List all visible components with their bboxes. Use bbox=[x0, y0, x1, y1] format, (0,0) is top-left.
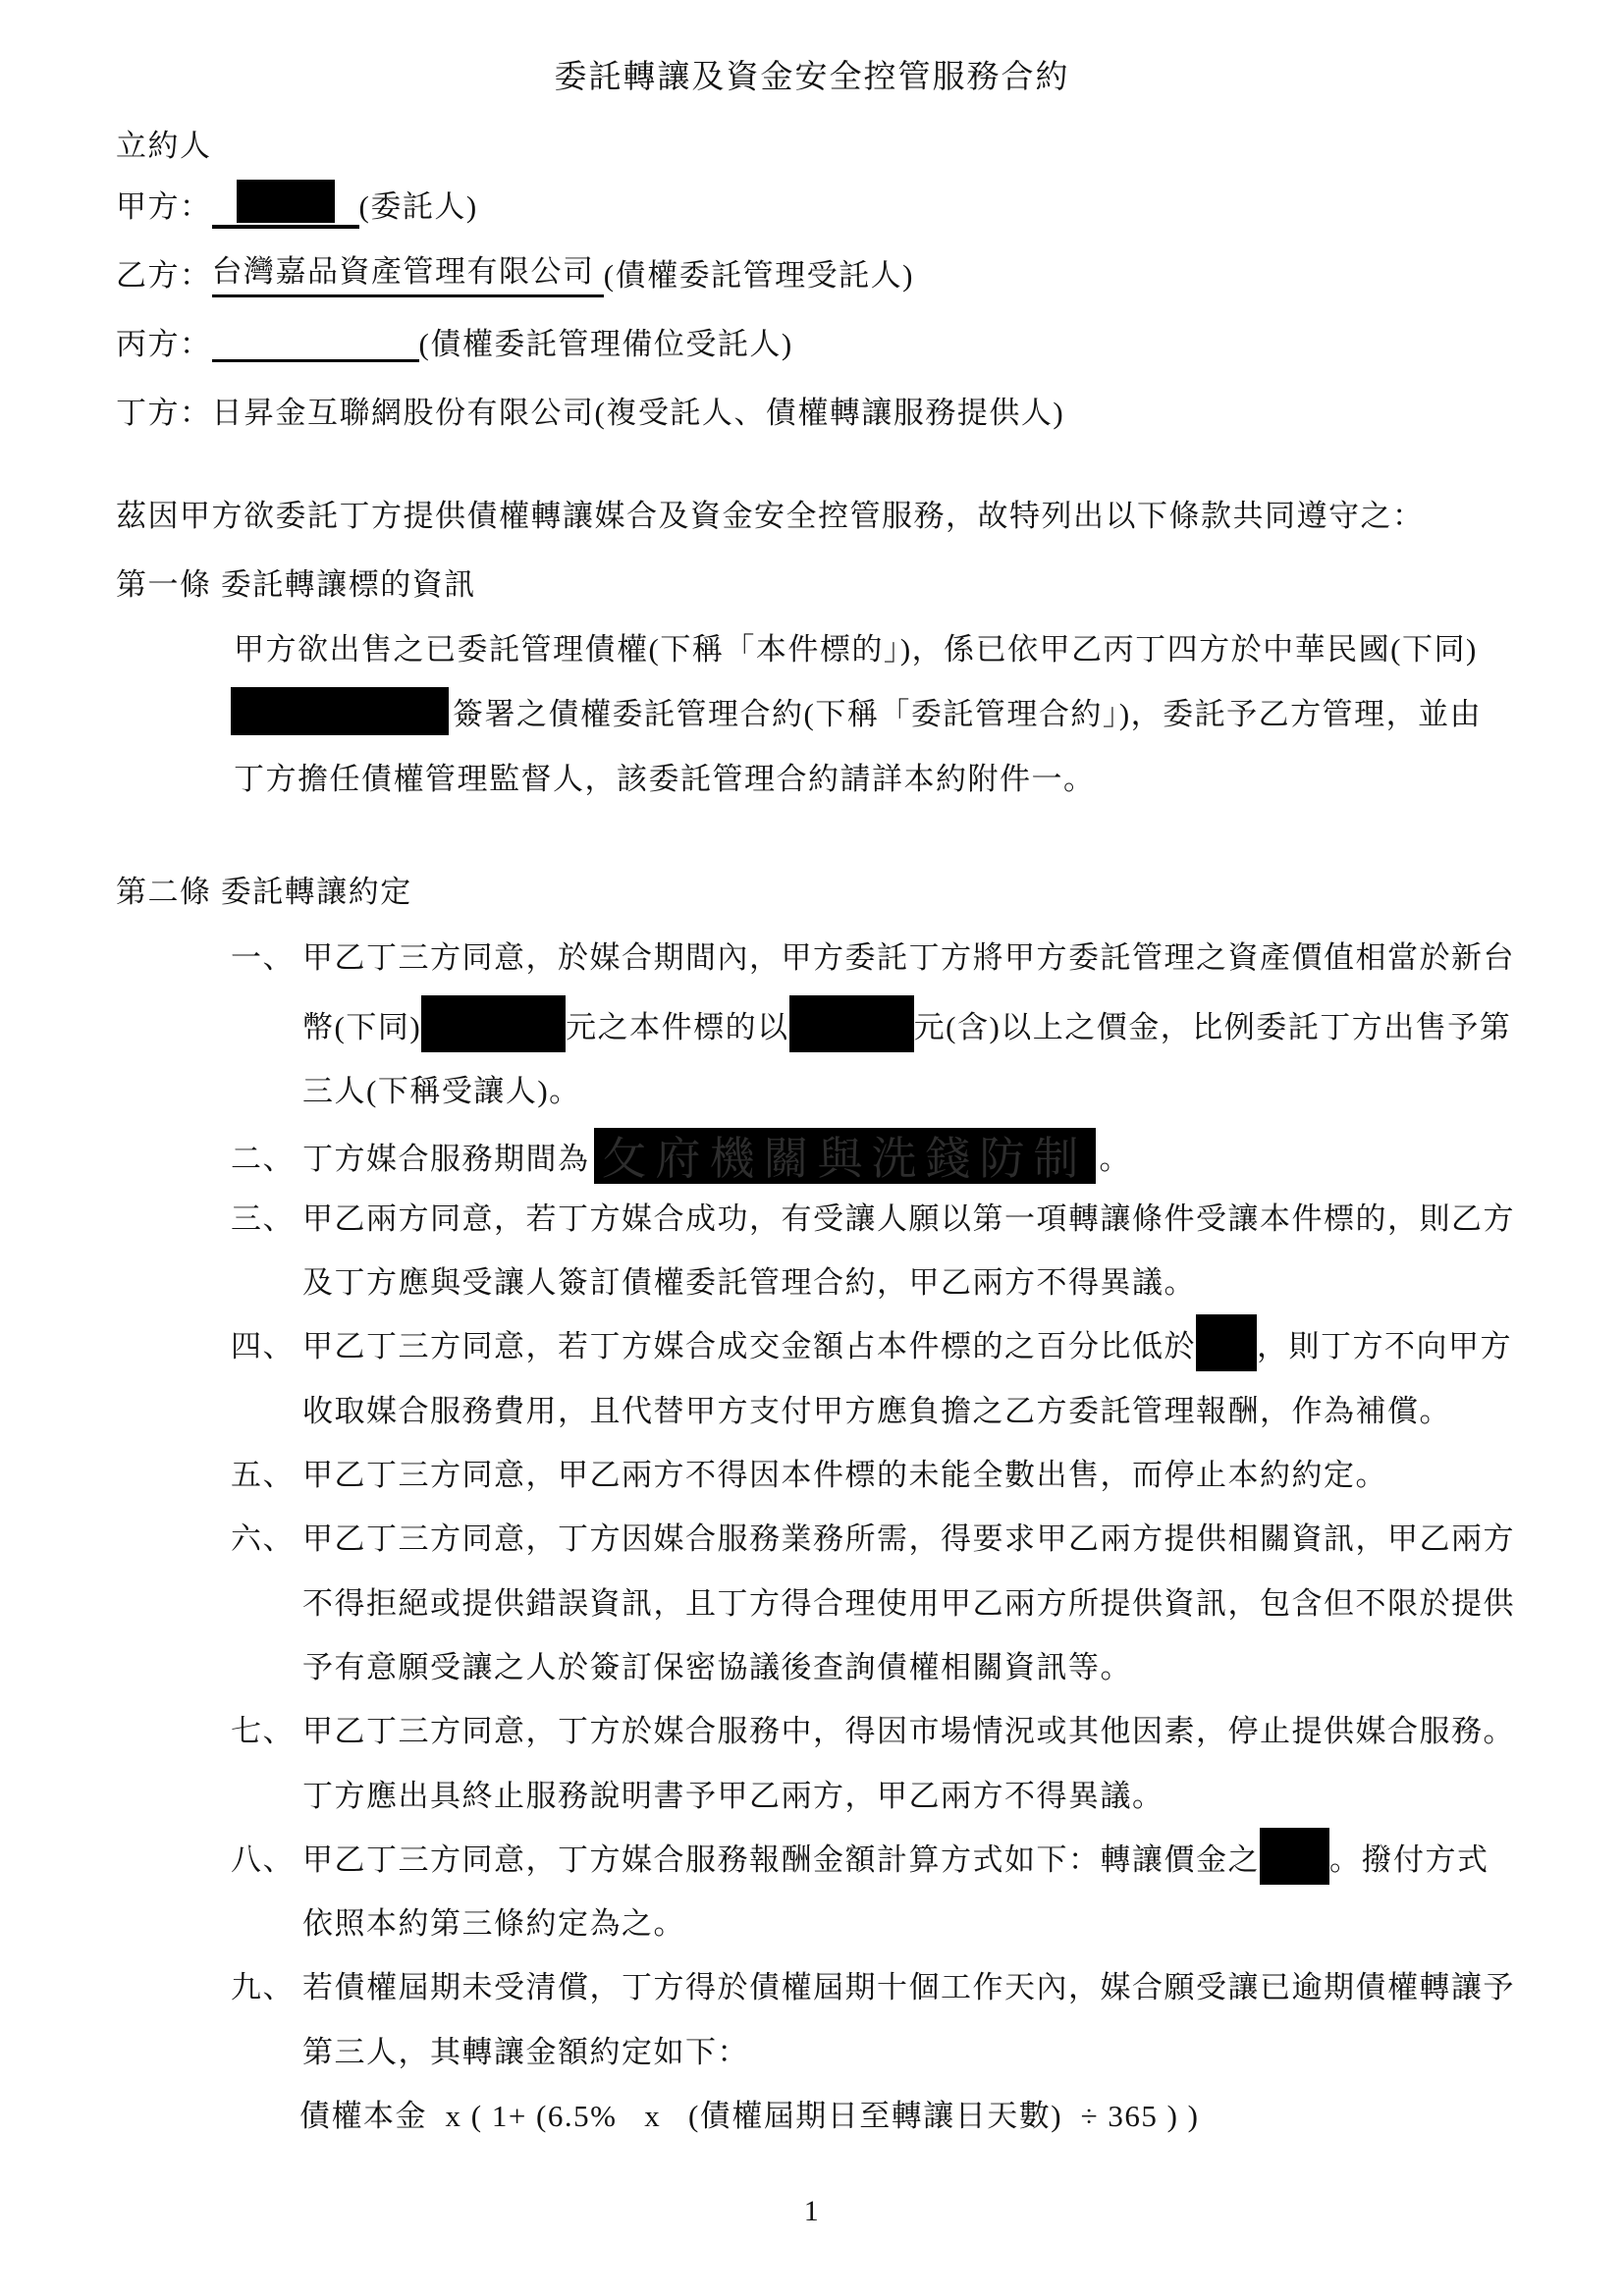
article1-heading: 第一條 委託轉讓標的資訊 bbox=[116, 553, 476, 610]
party-a-line: 甲方： (委託人) bbox=[116, 175, 478, 232]
article2-item6-line3: 予有意願受讓之人於簽訂保密協議後查詢債權相關資訊等。 bbox=[302, 1635, 1132, 1692]
party-c-label: 丙方： bbox=[116, 319, 212, 363]
redaction-box bbox=[237, 180, 335, 223]
redaction-box-with-ghost: 攵府機關與洗錢防制 bbox=[594, 1128, 1096, 1184]
redaction-box bbox=[1260, 1828, 1329, 1885]
party-b-role: (債權委託管理受託人) bbox=[604, 250, 914, 294]
item-number: 九、 bbox=[231, 1962, 302, 2006]
party-b-name: 台灣嘉品資產管理有限公司 bbox=[212, 246, 604, 297]
article2-item6-line2: 不得拒絕或提供錯誤資訊，且丁方得合理使用甲乙兩方所提供資訊，包含但不限於提供 bbox=[302, 1572, 1515, 1629]
party-d-line: 丁方：日昇金互聯網股份有限公司(複受託人、債權轉讓服務提供人) bbox=[116, 381, 1064, 438]
item-number: 七、 bbox=[231, 1706, 302, 1750]
article2-item1-line3: 三人(下稱受讓人)。 bbox=[302, 1059, 581, 1116]
item-number: 三、 bbox=[231, 1194, 302, 1238]
article2-item2-line: 二、 丁方媒合服務期間為 攵府機關與洗錢防制 。 bbox=[231, 1127, 1131, 1184]
party-c-signature-blank bbox=[212, 320, 419, 362]
article2-heading: 第二條 委託轉讓約定 bbox=[116, 860, 412, 917]
article1-line3: 丁方擔任債權管理監督人，該委託管理合約請詳本約附件一。 bbox=[234, 747, 1096, 804]
redaction-box bbox=[1196, 1314, 1257, 1371]
article2-item4-line2: 收取媒合服務費用，且代替甲方支付甲方應負擔之乙方委託管理報酬，作為補償。 bbox=[302, 1379, 1451, 1436]
item-number: 一、 bbox=[231, 933, 302, 977]
article2-item7-line1: 七、 甲乙丁三方同意，丁方於媒合服務中，得因市場情況或其他因素，停止提供媒合服務… bbox=[231, 1699, 1515, 1756]
item-number: 八、 bbox=[231, 1835, 302, 1879]
formula-text: 債權本金 x ( 1+ (6.5% x (債權屆期日至轉讓日天數) ÷ 365 … bbox=[299, 2091, 1200, 2135]
redaction-ghost-text: 攵府機關與洗錢防制 bbox=[602, 1128, 1088, 1184]
party-a-label: 甲方： bbox=[116, 182, 212, 226]
party-b-label: 乙方： bbox=[116, 250, 212, 294]
party-a-signature-blank bbox=[212, 178, 359, 229]
article2-item7-line2: 丁方應出具終止服務說明書予甲乙兩方，甲乙兩方不得異議。 bbox=[302, 1764, 1164, 1821]
document-title-text: 委託轉讓及資金安全控管服務合約 bbox=[555, 51, 1070, 97]
article2-item8-line2: 依照本約第三條約定為之。 bbox=[302, 1892, 685, 1949]
item-number: 二、 bbox=[231, 1134, 302, 1178]
article2-item9-formula: 債權本金 x ( 1+ (6.5% x (債權屆期日至轉讓日天數) ÷ 365 … bbox=[299, 2084, 1200, 2141]
party-c-role: (債權委託管理備位受託人) bbox=[419, 319, 793, 363]
redaction-box bbox=[231, 687, 449, 735]
item-number: 六、 bbox=[231, 1514, 302, 1558]
party-d-text: 丁方：日昇金互聯網股份有限公司(複受託人、債權轉讓服務提供人) bbox=[116, 388, 1064, 432]
article2-item1-line1: 一、 甲乙丁三方同意，於媒合期間內，甲方委託丁方將甲方委託管理之資產價值相當於新… bbox=[231, 926, 1515, 983]
article2-item9-line1: 九、 若債權屆期未受清償，丁方得於債權屆期十個工作天內，媒合願受讓已逾期債權轉讓… bbox=[231, 1955, 1515, 2012]
article2-item9-line2: 第三人，其轉讓金額約定如下： bbox=[302, 2020, 749, 2077]
redaction-box bbox=[789, 995, 914, 1052]
item-number: 四、 bbox=[231, 1321, 302, 1365]
party-a-role: (委託人) bbox=[359, 182, 478, 226]
party-b-line: 乙方： 台灣嘉品資產管理有限公司 (債權委託管理受託人) bbox=[116, 243, 914, 300]
item-number: 五、 bbox=[231, 1450, 302, 1494]
article1-line2: 簽署之債權委託管理合約(下稱「委託管理合約」)，委託予乙方管理，並由 bbox=[231, 682, 1482, 739]
article2-item5-line1: 五、 甲乙丁三方同意，甲乙兩方不得因本件標的未能全數出售，而停止本約約定。 bbox=[231, 1443, 1387, 1500]
article1-line1: 甲方欲出售之已委託管理債權(下稱「本件標的」)，係已依甲乙丙丁四方於中華民國(下… bbox=[234, 617, 1478, 674]
article2-item3-line2: 及丁方應與受讓人簽訂債權委託管理合約，甲乙兩方不得異議。 bbox=[302, 1251, 1196, 1308]
party-c-line: 丙方： (債權委託管理備位受託人) bbox=[116, 312, 793, 369]
article2-item6-line1: 六、 甲乙丁三方同意，丁方因媒合服務業務所需，得要求甲乙兩方提供相關資訊，甲乙兩… bbox=[231, 1507, 1515, 1564]
article2-item3-line1: 三、 甲乙兩方同意，若丁方媒合成功，有受讓人願以第一項轉讓條件受讓本件標的，則乙… bbox=[231, 1187, 1515, 1244]
parties-heading: 立約人 bbox=[116, 114, 212, 171]
article2-item8-line1: 八、 甲乙丁三方同意，丁方媒合服務報酬金額計算方式如下：轉讓價金之 。撥付方式 bbox=[231, 1828, 1489, 1885]
page-number: 1 bbox=[0, 2183, 1624, 2240]
preamble-line: 茲因甲方欲委託丁方提供債權轉讓媒合及資金安全控管服務，故特列出以下條款共同遵守之… bbox=[116, 484, 1425, 541]
redaction-box bbox=[421, 995, 566, 1052]
article2-item4-line1: 四、 甲乙丁三方同意，若丁方媒合成交金額占本件標的之百分比低於 ，則丁方不向甲方 bbox=[231, 1314, 1512, 1371]
document-title: 委託轉讓及資金安全控管服務合約 bbox=[0, 45, 1624, 102]
contract-page: 委託轉讓及資金安全控管服務合約 立約人 甲方： (委託人) 乙方： 台灣嘉品資產… bbox=[0, 0, 1624, 2296]
article2-item1-line2: 幣(下同) 元之本件標的以 元(含)以上之價金，比例委託丁方出售予第 bbox=[302, 995, 1511, 1052]
